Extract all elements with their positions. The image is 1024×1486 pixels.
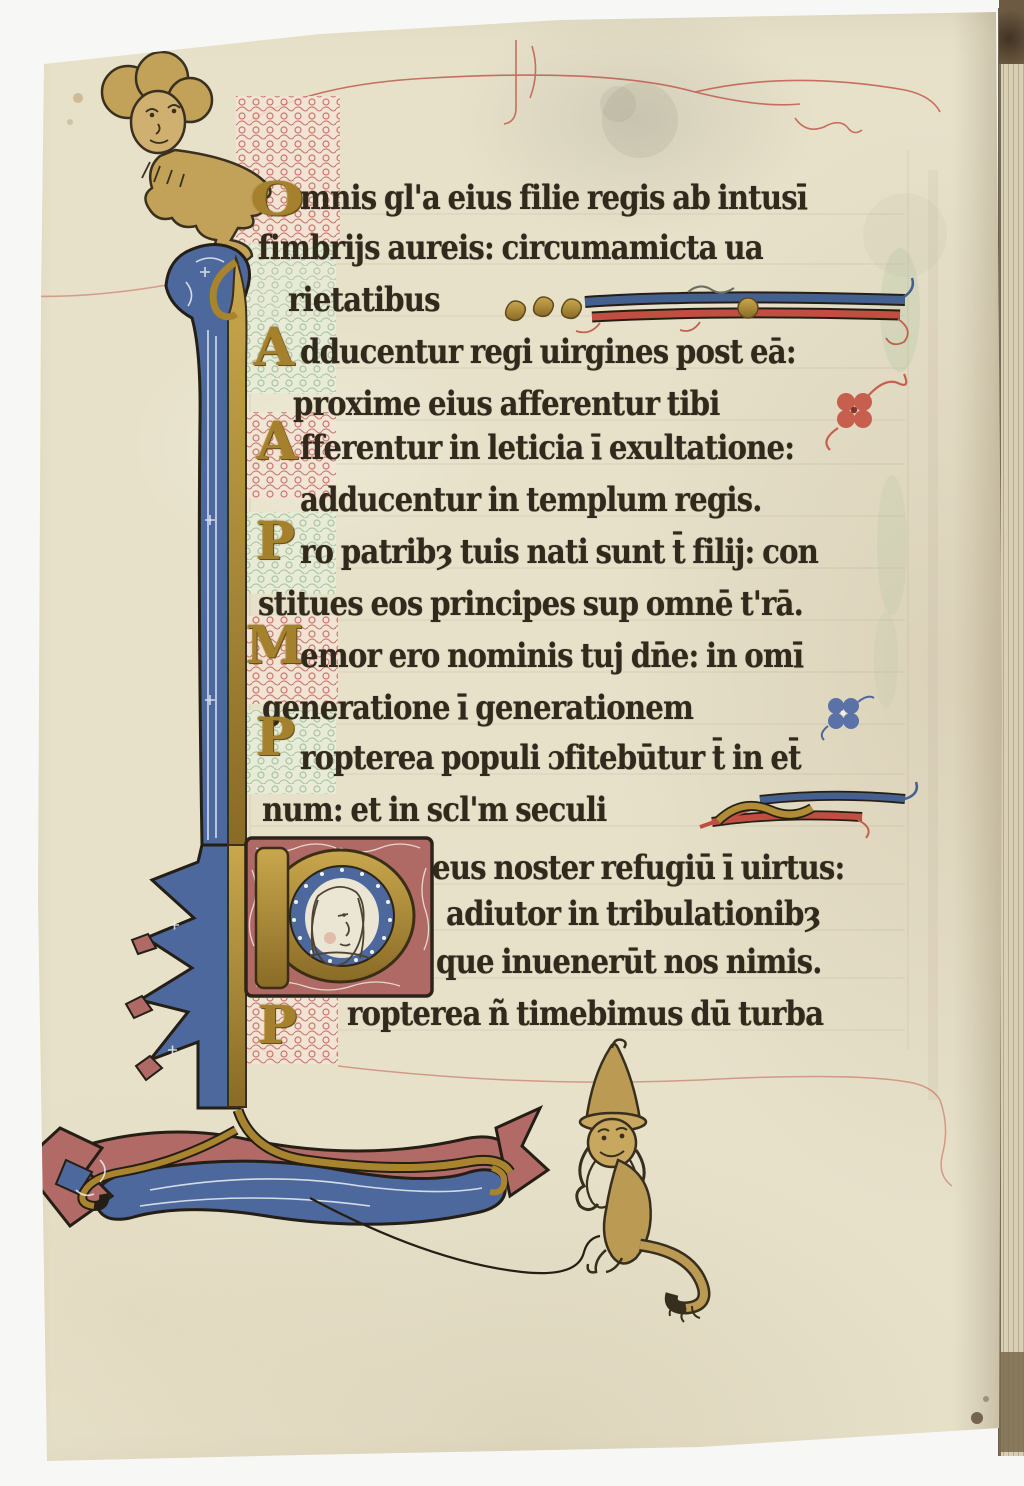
versal-initial: O: [250, 176, 304, 222]
text-line: adiutor in tribulationibȝ: [446, 894, 820, 934]
text-line: rietatibus: [288, 280, 440, 320]
versal-initial: P: [256, 712, 295, 764]
text-line: eus noster refugiū ī uirtus:: [432, 848, 844, 888]
text-line: dducentur regi uirgines post eā:: [300, 332, 796, 372]
text-line: stitues eos principes sup omnē t'rā.: [258, 584, 803, 624]
manuscript-page: mnis gl'a eius filie regis ab intusī fim…: [0, 0, 1024, 1486]
text-line: generatione ī generationem: [262, 688, 693, 728]
text-line: ro patribȝ tuis nati sunt t̄ filij: con: [300, 532, 818, 572]
text-line: ropterea populi ɔfitebūtur t̄ in et̄: [300, 738, 801, 778]
versal-initial: P: [256, 516, 295, 568]
book-fore-edge: [998, 8, 1024, 1456]
text-line: que inuenerūt nos nimis.: [436, 942, 822, 982]
text-line: emor ero nominis tuj dn̄e: in omī: [300, 636, 803, 676]
versal-initial: A: [254, 322, 294, 374]
text-line: proxime eius afferentur tibi: [293, 384, 719, 424]
versal-initial: A: [257, 416, 297, 468]
text-line: ropterea ñ timebimus dū turba: [347, 994, 823, 1034]
text-line: mnis gl'a eius filie regis ab intusī: [300, 178, 807, 218]
text-line: fimbrijs aureis: circumamicta ua: [258, 228, 763, 268]
illuminated-initial-letter: D: [0, 0, 1, 1]
photograph-background: mnis gl'a eius filie regis ab intusī fim…: [0, 0, 1024, 1486]
binding-bottom-patch: [1000, 1352, 1024, 1452]
text-line: num: et in scl'm seculi: [262, 790, 606, 830]
binding-top-corner: [999, 0, 1024, 64]
text-line: adducentur in templum regis.: [300, 480, 762, 520]
versal-initial: P: [258, 1000, 297, 1052]
text-line: fferentur in leticia ī exultatione:: [300, 428, 794, 468]
text-block: mnis gl'a eius filie regis ab intusī fim…: [0, 0, 1024, 1486]
versal-initial: M: [246, 620, 304, 672]
